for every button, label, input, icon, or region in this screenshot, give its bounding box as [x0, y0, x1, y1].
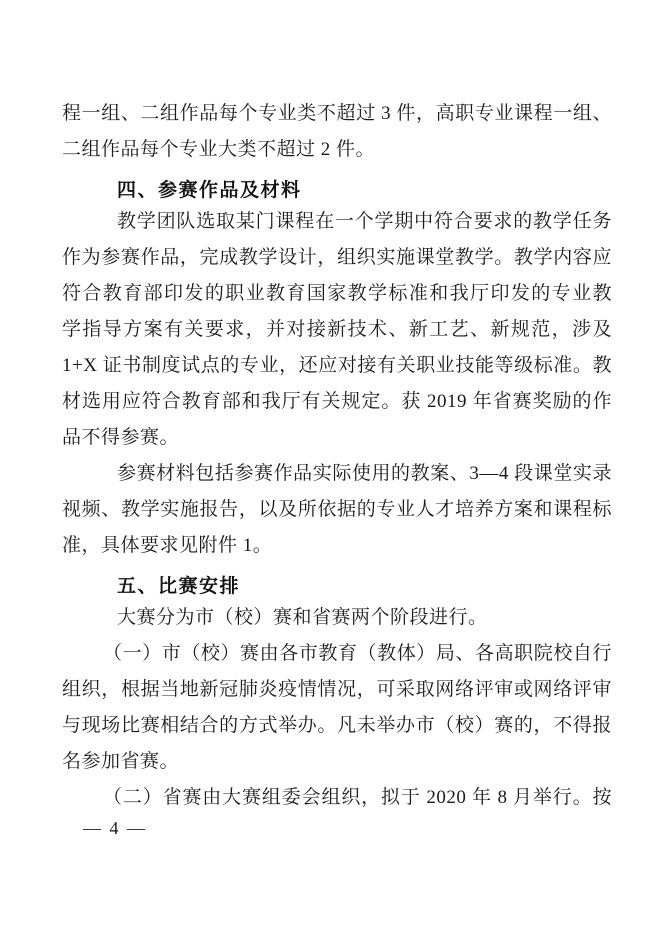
- document-page: 程一组、二组作品每个专业类不超过 3 件，高职专业课程一组、二组作品每个专业大类…: [0, 0, 671, 942]
- text-line: 准，具体要求见附件 1。: [62, 528, 612, 564]
- text-line: 1+X 证书制度试点的专业，还应对接有关职业技能等级标准。教: [62, 348, 612, 384]
- text-line: 二组作品每个专业大类不超过 2 件。: [62, 132, 612, 168]
- page-number: — 4 —: [83, 816, 147, 840]
- text-line: 大赛分为市（校）赛和省赛两个阶段进行。: [62, 600, 612, 636]
- text-line: 学指导方案有关要求，并对接新技术、新工艺、新规范，涉及: [62, 312, 612, 348]
- text-line: 程一组、二组作品每个专业类不超过 3 件，高职专业课程一组、: [62, 96, 612, 132]
- text-line: 名参加省赛。: [62, 744, 612, 780]
- text-line: 教学团队选取某门课程在一个学期中符合要求的教学任务: [62, 204, 612, 240]
- text-line: 品不得参赛。: [62, 420, 612, 456]
- text-line: 参赛材料包括参赛作品实际使用的教案、3—4 段课堂实录: [62, 456, 612, 492]
- text-line: （一）市（校）赛由各市教育（教体）局、各高职院校自行: [62, 636, 612, 672]
- text-line: 材选用应符合教育部和我厅有关规定。获 2019 年省赛奖励的作: [62, 384, 612, 420]
- document-body: 程一组、二组作品每个专业类不超过 3 件，高职专业课程一组、二组作品每个专业大类…: [62, 96, 612, 816]
- text-line: 视频、教学实施报告，以及所依据的专业人才培养方案和课程标: [62, 492, 612, 528]
- text-line: （二）省赛由大赛组委会组织，拟于 2020 年 8 月举行。按: [62, 780, 612, 816]
- text-line: 与现场比赛相结合的方式举办。凡未举办市（校）赛的，不得报: [62, 708, 612, 744]
- text-line: 符合教育部印发的职业教育国家教学标准和我厅印发的专业教: [62, 276, 612, 312]
- text-line: 组织，根据当地新冠肺炎疫情情况，可采取网络评审或网络评审: [62, 672, 612, 708]
- text-line: 作为参赛作品，完成教学设计，组织实施课堂教学。教学内容应: [62, 240, 612, 276]
